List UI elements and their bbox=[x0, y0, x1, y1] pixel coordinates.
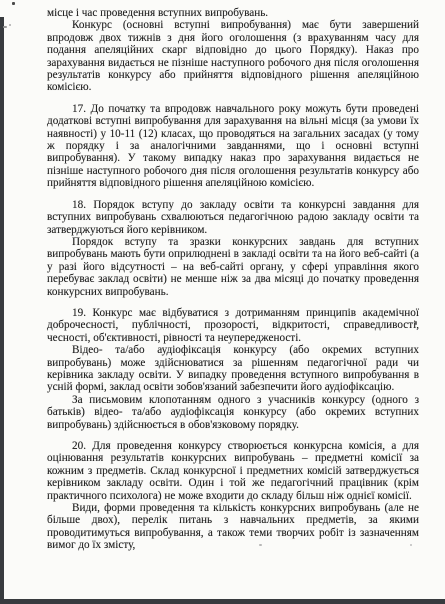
paragraph: місце і час проведення вступних випробув… bbox=[47, 7, 419, 19]
paragraph: 19. Конкурс має відбуватися з дотримання… bbox=[47, 307, 419, 344]
paragraph: 20. Для проведення конкурсу створюється … bbox=[47, 440, 419, 502]
scan-edge-left bbox=[0, 17, 4, 604]
paragraph: Конкурс (основні вступні випробування) м… bbox=[47, 19, 419, 93]
scan-speckle bbox=[3, 26, 7, 28]
paragraph: 17. До початку та впродовж навчального р… bbox=[47, 103, 419, 190]
scan-speckle bbox=[9, 24, 11, 26]
scan-edge-bottom bbox=[0, 599, 445, 604]
paragraph: За письмовим клопотанням одного з учасни… bbox=[47, 394, 419, 431]
document-body: місце і час проведення вступних випробув… bbox=[47, 7, 419, 552]
scan-speckle bbox=[12, 2, 15, 5]
scanned-document-page: місце і час проведення вступних випробув… bbox=[0, 0, 445, 604]
paragraph: Види, форми проведення та кількість конк… bbox=[47, 502, 419, 552]
paragraph: Відео- та/або аудіофіксація конкурсу (аб… bbox=[47, 344, 419, 394]
paragraph: Порядок вступу та зразки конкурсних завд… bbox=[47, 236, 419, 298]
paragraph: 18. Порядок вступу до закладу освіти та … bbox=[47, 199, 419, 236]
